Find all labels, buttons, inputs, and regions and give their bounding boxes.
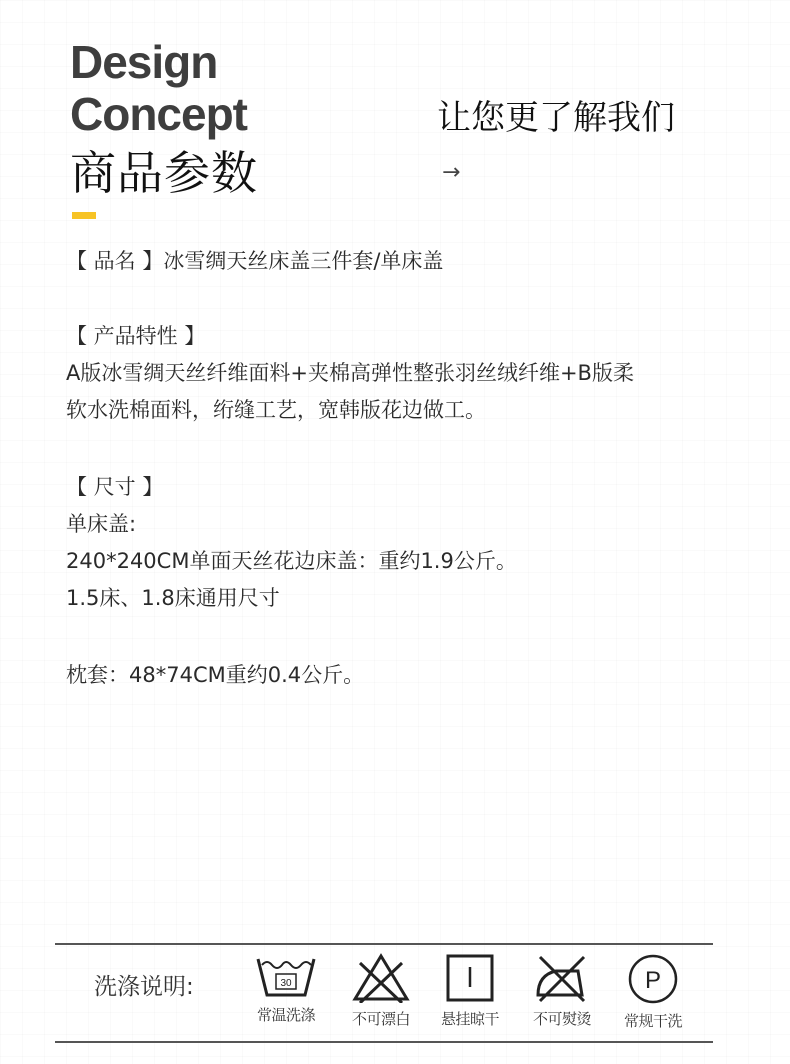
care-caption: 不可熨烫 (517, 1009, 607, 1029)
page-title: 商品参数 (70, 145, 258, 201)
no-bleach-icon (350, 953, 412, 1003)
svg-text:P: P (645, 967, 661, 994)
pillowcase-size: 枕套：48*74CM重约0.4公斤。 (66, 657, 364, 694)
care-caption: 常规干洗 (608, 1011, 698, 1031)
svg-text:30: 30 (280, 978, 292, 989)
care-item-no-bleach: 不可漂白 (336, 953, 426, 1029)
features-text-line1: A版冰雪绸天丝纤维面料+夹棉高弹性整张羽丝绒纤维+B版柔 (66, 355, 634, 392)
accent-bar (72, 212, 96, 219)
care-caption: 不可漂白 (336, 1009, 426, 1029)
size-text-line3: 1.5床、1.8床通用尺寸 (66, 580, 280, 617)
care-caption: 悬挂晾干 (425, 1009, 515, 1029)
features-heading: 【 产品特性 】 (66, 318, 205, 355)
washing-instructions-label: 洗涤说明: (94, 972, 194, 1002)
size-text-line2: 240*240CM单面天丝花边床盖：重约1.9公斤。 (66, 543, 517, 580)
care-item-dry-clean: P 常规干洗 (608, 953, 698, 1031)
care-item-hang-dry: 悬挂晾干 (425, 953, 515, 1029)
divider-top (55, 943, 713, 945)
title-english-line1: Design (70, 38, 217, 86)
care-item-wash: 30 常温洗涤 (241, 953, 331, 1025)
arrow-right-icon: → (442, 160, 460, 186)
divider-bottom (55, 1041, 713, 1043)
hang-dry-icon (445, 953, 495, 1003)
title-english-line2: Concept (70, 90, 247, 138)
wash-30-icon: 30 (255, 953, 317, 999)
features-text-line2: 软水洗棉面料，绗缝工艺，宽韩版花边做工。 (66, 392, 486, 429)
slogan: 让您更了解我们 (437, 96, 675, 140)
care-item-no-iron: 不可熨烫 (517, 953, 607, 1029)
dry-clean-p-icon: P (627, 953, 679, 1005)
care-caption: 常温洗涤 (241, 1005, 331, 1025)
size-heading: 【 尺寸 】 (66, 469, 163, 506)
product-name: 【 品名 】冰雪绸天丝床盖三件套/单床盖 (66, 243, 443, 280)
no-iron-icon (534, 953, 590, 1003)
size-text-line1: 单床盖: (66, 506, 136, 543)
